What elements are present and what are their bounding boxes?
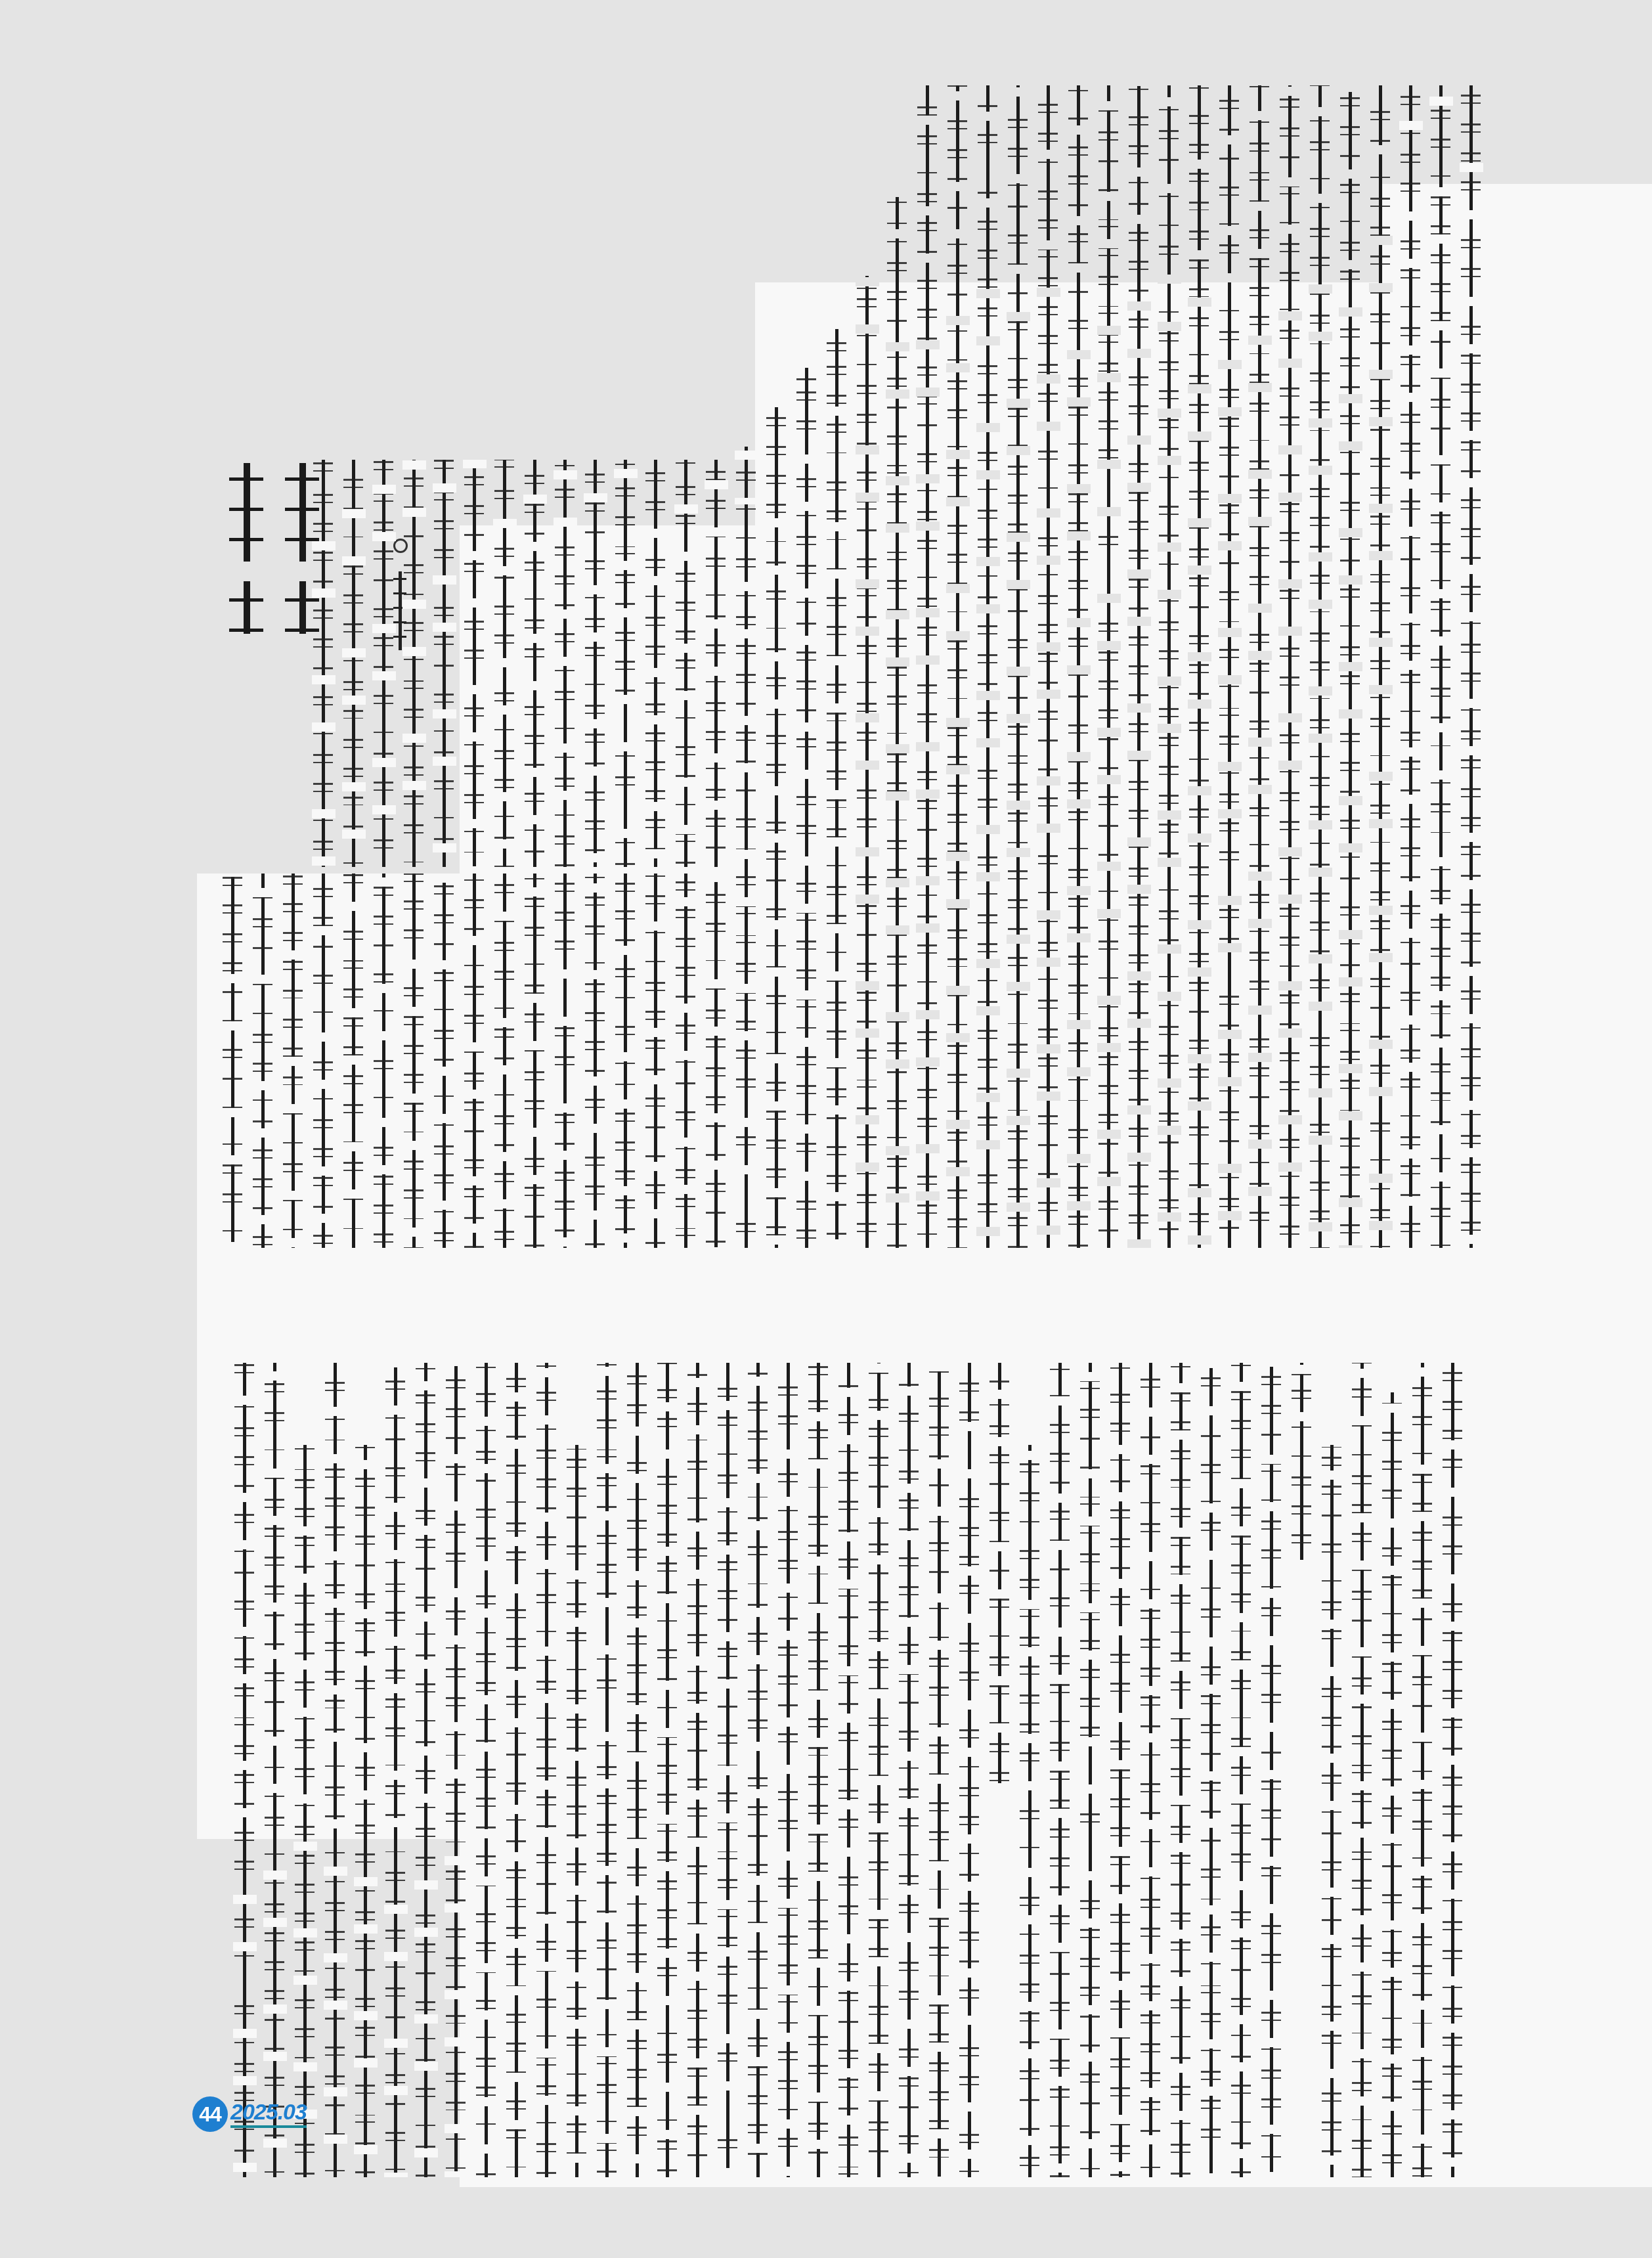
text-column: ᠰᠤᠷᠭᠠᠯ ᠤᠨ ᠠᠷᠭ᠎ᠠ ᠵᠠᠮ xyxy=(1200,1363,1222,2177)
text-column: ᠰᠤᠷᠭᠠᠯ ᠤᠨ ᠴᠢᠨᠠᠷ ᠤᠨ ᠦᠨᠡᠯᠡᠭᠡ xyxy=(1139,1363,1162,2177)
text-column: ᠰᠤᠷᠭᠠᠯ ᠤᠨ ᠴᠢᠨᠠᠷ xyxy=(463,460,485,867)
text-column: ᠤᠩᠰᠢᠯᠭ᠎ᠠ ᠪᠢᠴᠢᠯᠭᠡ ᠶᠢᠨ ᠰᠤᠷᠭᠠᠯ xyxy=(1278,85,1301,1248)
text-column: ᠰᠤᠷᠭᠠᠭᠤᠯᠢ xyxy=(856,276,878,1248)
text-column: ᠰᠤᠷᠭᠠᠭᠤᠯᠢ ᠶᠢᠨ ᠰᠤᠷᠭᠠᠯ ᠤᠨ ᠴᠢᠨᠠᠷ ᠢ ᠳᠡᠭᠡᠭᠰᠢᠯ… xyxy=(1429,85,1452,1248)
text-column: ᠮᠣᠩᠭᠣᠯ ᠬᠡᠯᠡ ᠶᠢᠨ ᠬᠢᠴᠢᠶᠡᠯ xyxy=(312,874,334,1248)
text-column: ᠪᠠᠭᠰᠢ ᠨᠠᠷ xyxy=(674,874,697,1248)
text-column: ᠰᠤᠷᠭᠠᠯ ᠤᠨ ᠠᠷᠭ᠎ᠠ xyxy=(584,874,606,1248)
text-column: ᠰᠤᠷᠤᠭᠴᠢᠳ xyxy=(251,874,274,1248)
text-column: ᠰᠤᠷᠭᠠᠯ ᠤᠨ ᠴᠢᠨᠠᠷ xyxy=(445,1363,467,2177)
text-column: ᠪᠠᠭᠰᠢ ᠨᠠᠷ xyxy=(825,328,848,1248)
text-column: ᠬᠡᠯᠡ ᠶᠢᠨ ᠰᠤᠷᠭᠠᠯ xyxy=(686,1363,708,2177)
text-column: ᠪᠢᠴᠢᠬᠦ ᠴᠢᠳᠠᠪᠬᠢ xyxy=(372,460,395,867)
text-column: ᠪᠠᠭᠰᠢ ᠶᠢᠨ ᠦᠦᠷᠭᠡ ᠬᠠᠷᠢᠭᠤᠴᠠᠯᠭ᠎ᠠ xyxy=(1188,85,1210,1248)
text-column: ᠰᠤᠷᠭᠠᠯ ᠤᠨ ᠴᠢᠨᠠᠷ ᠤᠨ ᠦᠨᠡᠯᠡᠭᠡ xyxy=(1158,85,1180,1248)
text-column: ᠰᠤᠷᠭᠠᠯ ᠤᠨ ᠬᠥᠲᠥᠯᠪᠦᠷᠢ xyxy=(535,1363,557,2177)
text-column: ᠪᠠᠭᠰᠢ ᠶᠢᠨ ᠦᠦᠷᠭᠡ xyxy=(1169,1363,1192,2177)
text-column: ᠰᠤᠷᠭᠠᠯ ᠤᠨ ᠬᠥᠲᠥᠯᠪᠦᠷᠢ xyxy=(554,460,576,867)
text-column: ᠪᠠᠭᠰᠢ ᠨᠠᠷ xyxy=(807,1363,829,2177)
text-column: ᠤᠩᠰᠢᠬᠤ ᠴᠢᠳᠠᠪᠬᠢ xyxy=(946,85,968,1248)
text-column: ᠰᠤᠷᠭᠠᠯ ᠤᠨ ᠴᠢᠨᠠᠷ ᠢ ᠳᠡᠭᠡᠭᠰᠢᠯᠡᠭᠦᠯᠬᠦ ᠠᠷᠭ᠎ᠠ xyxy=(1007,85,1029,1248)
page-number-badge: 44 xyxy=(192,2096,228,2132)
text-column: ᠰᠤᠷᠤᠭᠴᠢᠳ ᠤᠨ ᠣᠶᠤᠨ ᠰᠠᠨᠠᠭ᠎ᠠ xyxy=(475,1363,497,2177)
text-column: ᠮᠣᠩᠭᠣᠯ ᠬᠡᠯᠡ ᠶᠢᠨ ᠰᠤᠷᠭᠠᠯ xyxy=(293,1445,316,2177)
text-column: ᠮᠣᠩᠭᠣᠯ ᠬᠡᠯᠡ ᠪᠢᠴᠢᠭ xyxy=(565,1445,588,2177)
text-column: ᠤᠩᠰᠢᠯᠭ᠎ᠠ ᠪᠢᠴᠢᠯᠭᠡ ᠶᠢᠨ ᠰᠤᠷᠭᠠᠯ xyxy=(1260,1363,1282,2177)
author-name xyxy=(399,571,402,650)
text-column: ᠰᠤᠷᠭᠠᠯ ᠤᠨ ᠬᠥᠲᠥᠯᠪᠦᠷᠢ xyxy=(1079,1363,1101,2177)
text-column: ᠰᠤᠷᠭᠠᠯ ᠤᠨ ᠴᠢᠨᠠᠷ xyxy=(735,447,757,1248)
text-column: ᠰᠤᠷᠭᠠᠯ ᠤᠨ ᠴᠢᠨᠠᠷ ᠢ ᠳᠡᠭᠡᠭᠰᠢᠯᠡᠭᠦᠯᠬᠦ xyxy=(1411,1363,1433,2177)
text-column: ᠮᠣᠩᠭᠣᠯ ᠬᠡᠯᠡ xyxy=(1290,1363,1313,1560)
text-column: ᠰᠤᠷᠭᠠᠯ ᠤᠨ ᠬᠥᠲᠥᠯᠪᠦᠷᠢ xyxy=(463,874,485,1248)
text-column: ᠮᠣᠩᠭᠣᠯ ᠬᠡᠯᠡ ᠪᠢᠴᠢᠭ xyxy=(433,874,455,1248)
issue-date: 2025.03 xyxy=(230,2100,307,2128)
text-column: ᠰᠤᠷᠭᠠᠯ ᠤᠨ ᠬᠥᠲᠥᠯᠪᠦᠷᠢ xyxy=(1097,85,1119,1248)
text-column: ᠰᠤᠷᠭᠠᠯ ᠤᠨ ᠠᠷᠭ᠎ᠠ xyxy=(867,1363,890,2177)
text-column: ᠪᠠᠭᠰᠢ ᠶᠢᠨ ᠦᠦᠷᠭᠡ xyxy=(626,1363,648,2177)
text-column: ᠤᠩᠰᠢᠬᠤ ᠴᠢᠳᠠᠪᠬᠢ xyxy=(493,874,515,1248)
text-column: ᠰᠤᠷᠭᠠᠯ ᠤᠨ ᠠᠷᠭ᠎ᠠ ᠪᠠᠷᠢᠯ xyxy=(1320,1445,1343,2177)
text-column: ᠰᠤᠷᠤᠭᠴᠢᠳ ᠤᠨ ᠴᠢᠳᠠᠪᠬᠢ xyxy=(596,1363,618,2177)
text-column: ᠮᠣᠩᠭᠣᠯ ᠬᠡᠯᠡ ᠪᠢᠴᠢᠭ xyxy=(584,460,606,867)
text-column: ᠬᠡᠯᠡ ᠶᠢᠨ ᠮᠡᠳᠡᠯᠭᠡ xyxy=(523,460,546,867)
text-column: ᠬᠡᠯᠡ ᠶᠢᠨ ᠮᠡᠳᠡᠯᠭᠡ xyxy=(505,1363,527,2177)
text-column: ᠰᠤᠷᠭᠠᠯ ᠤᠨ ᠴᠢᠨᠠᠷ xyxy=(372,874,395,1248)
text-column: ᠪᠠᠭᠰᠢ ᠶᠢᠨ ᠦᠦᠷᠭᠡ xyxy=(644,460,666,867)
text-column: ᠮᠣᠩᠭᠣᠯ ᠬᠡᠯᠡ xyxy=(765,407,787,1248)
text-column: ᠮᠣᠩᠭᠣᠯ ᠬᠡᠯᠡ ᠶᠢᠨ ᠰᠤᠷᠭᠠᠯ xyxy=(312,460,334,867)
text-column: ᠪᠢᠴᠢᠬᠦ ᠴᠢᠳᠠᠪᠬᠢ xyxy=(898,1363,920,2177)
text-column: ᠰᠤᠷᠭᠠᠯ ᠤᠨ ᠠᠷᠭ᠎ᠠ ᠵᠠᠮ xyxy=(1218,85,1240,1248)
text-column: ᠮᠣᠩᠭᠣᠯ ᠬᠡᠯᠡ ᠶᠢᠨ ᠬᠢᠴᠢᠶᠡᠯ xyxy=(433,460,455,867)
text-column: ᠰᠤᠷᠭᠠᠯ ᠤᠨ ᠠᠷᠭ᠎ᠠ ᠵᠠᠮ xyxy=(342,460,364,867)
text-column: ᠰᠤᠷᠤᠭᠴᠢᠳ ᠤᠨ ᠰᠠᠨᠠᠭᠠᠯᠭ᠎ᠠ xyxy=(233,1363,255,2177)
text-column: ᠰᠤᠷᠤᠭᠴᠢᠳ ᠤᠨ ᠬᠡᠯᠡ ᠶᠢᠨ ᠴᠢᠳᠠᠪᠬᠢ ᠶᠢ ᠬᠥᠭᠵᠢᠭᠦᠯ… xyxy=(1369,85,1391,1248)
text-column: ᠪᠢᠴᠢᠬᠦ ᠴᠢᠳᠠᠪᠬᠢ xyxy=(523,874,546,1248)
text-column: ᠰᠤᠷᠤᠭᠴᠢᠳ ᠤᠨ ᠣᠶᠤᠨ ᠰᠠᠨᠠᠭ᠎ᠠ xyxy=(402,874,425,1248)
text-column: ᠰᠤᠷᠤᠭᠴᠢᠳ ᠤᠨ ᠴᠢᠳᠠᠪᠬᠢ xyxy=(614,460,636,867)
text-column: ᠮᠣᠩᠭᠣᠯ ᠬᠡᠯᠡ ᠶᠢᠨ ᠬᠢᠴᠢᠶᠡᠯ xyxy=(958,1363,980,2177)
text-column: ᠰᠤᠷᠭᠠᠯ ᠤᠨ ᠠᠷᠭ᠎ᠠ ᠪᠠᠷᠢᠯ ᠢ ᠰᠢᠨᠡᠴᠢᠯᠡᠬᠦ xyxy=(1339,85,1361,1248)
text-column: ᠤᠩᠰᠢᠬᠤ ᠴᠢᠳᠠᠪᠬᠢ xyxy=(928,1363,950,2177)
text-column: ᠪᠠᠭᠰᠢ ᠨᠠᠷ ᠤᠨ ᠮᠡᠷᠭᠡᠵᠢᠯ xyxy=(1381,1392,1403,2177)
text-column: ᠪᠢᠴᠢᠬᠦ ᠴᠢᠳᠠᠪᠬᠢ xyxy=(916,85,938,1248)
text-column: ᠪᠢᠴᠢᠬᠦ ᠴᠢᠳᠠᠪᠬᠢ xyxy=(354,1445,376,2177)
text-column: ᠪᠠᠭᠰᠢ ᠨᠠᠷ ᠤᠨ ᠮᠡᠷᠭᠡᠵᠢᠯ ᠦᠨ ᠴᠢᠳᠠᠪᠬᠢ ᠶᠢ ᠳᠡᠭᠡ… xyxy=(1399,85,1422,1248)
text-column: ᠰᠤᠷᠭᠠᠯ ᠤᠨ ᠠᠷᠭ᠎ᠠ xyxy=(674,460,697,867)
paper-watermark-bottom-grey xyxy=(460,2187,1652,2258)
text-column: ᠰᠤᠷᠭᠠᠯ ᠤᠨ ᠴᠢᠨᠠᠷ xyxy=(263,1363,286,2177)
text-column: ᠮᠣᠩᠭᠣᠯ ᠬᠡᠯᠡ ᠪᠢᠴᠢᠭ xyxy=(1109,1363,1131,2177)
text-column: ᠰᠤᠷᠤᠭᠴᠢᠳ ᠤᠨ ᠬᠡᠯᠡ ᠶᠢᠨ ᠴᠢᠳᠠᠪᠬᠢ xyxy=(1351,1363,1373,2177)
text-column: ᠮᠣᠩᠭᠣᠯ ᠬᠡᠯᠡ ᠪᠢᠴᠢᠭ ᠦᠨ ᠰᠤᠷᠭᠠᠯ xyxy=(1127,85,1150,1248)
text-column: ᠮᠣᠩᠭᠣᠯ ᠬᠡᠯᠡ ᠶᠢᠨ ᠬᠢᠴᠢᠶᠡᠯ xyxy=(976,85,999,1248)
text-column: ᠰᠤᠷᠭᠠᠯ ᠤᠨ ᠴᠢᠨᠠᠷ xyxy=(705,874,727,1248)
text-column: ᠰᠤᠷᠤᠭᠴᠢᠳ xyxy=(644,874,666,1248)
text-column: ᠤᠩᠰᠢᠬᠤ ᠴᠢᠳᠠᠪᠬᠢ xyxy=(384,1363,406,2177)
text-column: ᠰᠤᠷᠤᠭᠴᠢᠳ ᠤᠨ ᠣᠶᠤᠨ ᠰᠠᠨᠠᠭ᠎ᠠ xyxy=(1037,85,1059,1248)
text-column: ᠮᠣᠩᠭᠣᠯ ᠬᠡᠯᠡ ᠪᠢᠴᠢᠭ ᠦᠨ ᠰᠤᠷᠭᠠᠯ ᠬᠦᠮᠦᠵᠢᠯ ᠦᠨ ᠠ… xyxy=(1460,85,1482,1248)
text-column: ᠰᠤᠷᠤᠭᠴᠢᠳ ᠤᠨ ᠣᠶᠤᠨ ᠰᠠᠨᠠᠭ᠎ᠠ xyxy=(1018,1445,1041,2177)
text-column: ᠮᠣᠩᠭᠣᠯ ᠬᠡᠯᠡ ᠶᠢᠨ ᠬᠢᠴᠢᠶᠡᠯ xyxy=(414,1363,437,2177)
text-column: ᠰᠤᠷᠭᠠᠯ ᠤᠨ ᠠᠷᠭ᠎ᠠ ᠵᠠᠮ xyxy=(324,1363,346,2177)
text-column: ᠤᠩᠰᠢᠬᠤ ᠴᠢᠳᠠᠪᠬᠢ xyxy=(402,460,425,867)
text-column: ᠬᠡᠯᠡ ᠶᠢᠨ ᠮᠡᠳᠡᠯᠭᠡ ᠶᠢ ᠡᠵᠡᠮᠰᠢᠬᠦ xyxy=(1067,85,1089,1248)
text-column: ᠰᠤᠷᠭᠠᠯ ᠤᠨ ᠴᠢᠨᠠᠷ xyxy=(988,1363,1011,1783)
text-column: ᠮᠣᠩᠭᠣᠯ ᠬᠡᠯᠡ xyxy=(614,874,636,1248)
text-column: ᠰᠤᠷᠤᠭᠴᠢᠳ ᠤᠨ ᠰᠠᠨᠠᠭᠠᠯᠭ᠎ᠠ xyxy=(1230,1363,1252,2177)
text-column: ᠰᠤᠷᠤᠭᠴᠢᠳ xyxy=(777,1363,799,2177)
text-column: ᠬᠡᠯᠡ ᠶᠢᠨ ᠮᠡᠳᠡᠯᠭᠡ xyxy=(554,874,576,1248)
text-column: ᠬᠡᠯᠡ ᠶᠢᠨ ᠮᠡᠳᠡᠯᠭᠡ xyxy=(1049,1363,1071,2177)
text-column: ᠪᠠᠭᠰᠢ ᠶᠢᠨ ᠦᠦᠷᠭᠡ xyxy=(342,874,364,1248)
text-column: ᠰᠤᠷᠤᠭᠴᠢᠳ xyxy=(795,368,817,1248)
page-footer: 44 2025.03 xyxy=(192,2091,307,2137)
text-column: ᠰᠤᠷᠤᠭᠴᠢᠳ ᠤᠨ ᠣᠶᠤᠨ ᠰᠠᠨᠠᠭ᠎ᠠ xyxy=(493,460,515,867)
text-column: ᠮᠣᠩᠭᠣᠯ ᠬᠡᠯᠡ xyxy=(221,874,244,1248)
text-column: ᠮᠣᠩᠭᠣᠯ ᠬᠡᠯᠡ xyxy=(747,1363,769,2177)
text-column: ᠰᠤᠷᠭᠠᠯ ᠤᠨ ᠠᠷᠭ᠎ᠠ xyxy=(656,1363,678,2177)
text-column: ᠰᠤᠷᠤᠭᠴᠢᠳ ᠤᠨ ᠰᠠᠨᠠᠭᠠᠯᠭ᠎ᠠ ᠶᠢ ᠳᠡᠭᠡᠭᠰᠢᠯᠡᠭᠦᠯᠬᠦ xyxy=(1248,85,1271,1248)
text-column: ᠰᠤᠷᠭᠠᠯ ᠤᠨ ᠠᠷᠭ᠎ᠠ xyxy=(282,874,304,1248)
text-column: ᠬᠡᠯᠡ ᠶᠢᠨ ᠰᠤᠷᠭᠠᠯ xyxy=(705,460,727,867)
text-column: ᠮᠣᠩᠭᠣᠯ ᠬᠡᠯᠡ ᠪᠢᠴᠢᠭ ᠦᠨ ᠰᠤᠷᠭᠠᠯ xyxy=(1441,1363,1464,2177)
text-column: ᠮᠣᠩᠭᠣᠯ ᠬᠡᠯᠡ ᠶᠢᠨ ᠬᠢᠴᠢᠶᠡᠯ ᠦᠨ ᠴᠢᠨᠠᠷ xyxy=(1309,85,1331,1248)
text-column: ᠰᠤᠷᠭᠠᠯ ᠤᠨ ᠴᠢᠨᠠᠷ xyxy=(716,1363,739,2177)
text-column: ᠰᠤᠷᠭᠠᠭᠤᠯᠢ xyxy=(837,1363,859,2177)
title-line-1: ᠮᠣᠩᠭᠣᠯ ᠬᠡᠯᠡ ᠶᠢᠨ xyxy=(227,463,266,634)
text-column: ᠰᠤᠷᠭᠠᠯ ᠤᠨ ᠠᠷᠭ᠎ᠠ xyxy=(886,197,908,1248)
